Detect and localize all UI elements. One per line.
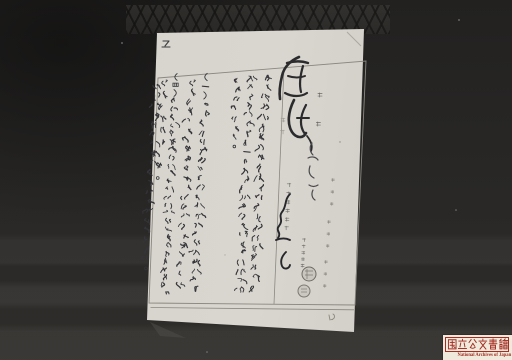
scan-annotation-layer bbox=[0, 0, 512, 360]
brush-annotation bbox=[280, 57, 312, 151]
paper-crease bbox=[347, 32, 361, 46]
archives-kanji-text bbox=[446, 338, 508, 351]
under-sheet-corner bbox=[150, 322, 186, 338]
official-seal-stamps bbox=[298, 267, 316, 297]
page-corner-mark bbox=[162, 41, 170, 47]
dust-specks bbox=[121, 19, 460, 353]
archives-kanji-box bbox=[445, 337, 509, 352]
scanned-document-viewer: { "scan": { "page_corner_mark": "ユ", "bo… bbox=[0, 0, 512, 360]
printed-form-frame bbox=[149, 61, 366, 310]
pencil-note bbox=[329, 314, 335, 320]
archives-english-text: National Archives of Japan bbox=[457, 352, 497, 357]
national-archives-label: National Archives of Japan bbox=[443, 335, 512, 360]
handwritten-document-number bbox=[308, 143, 318, 200]
